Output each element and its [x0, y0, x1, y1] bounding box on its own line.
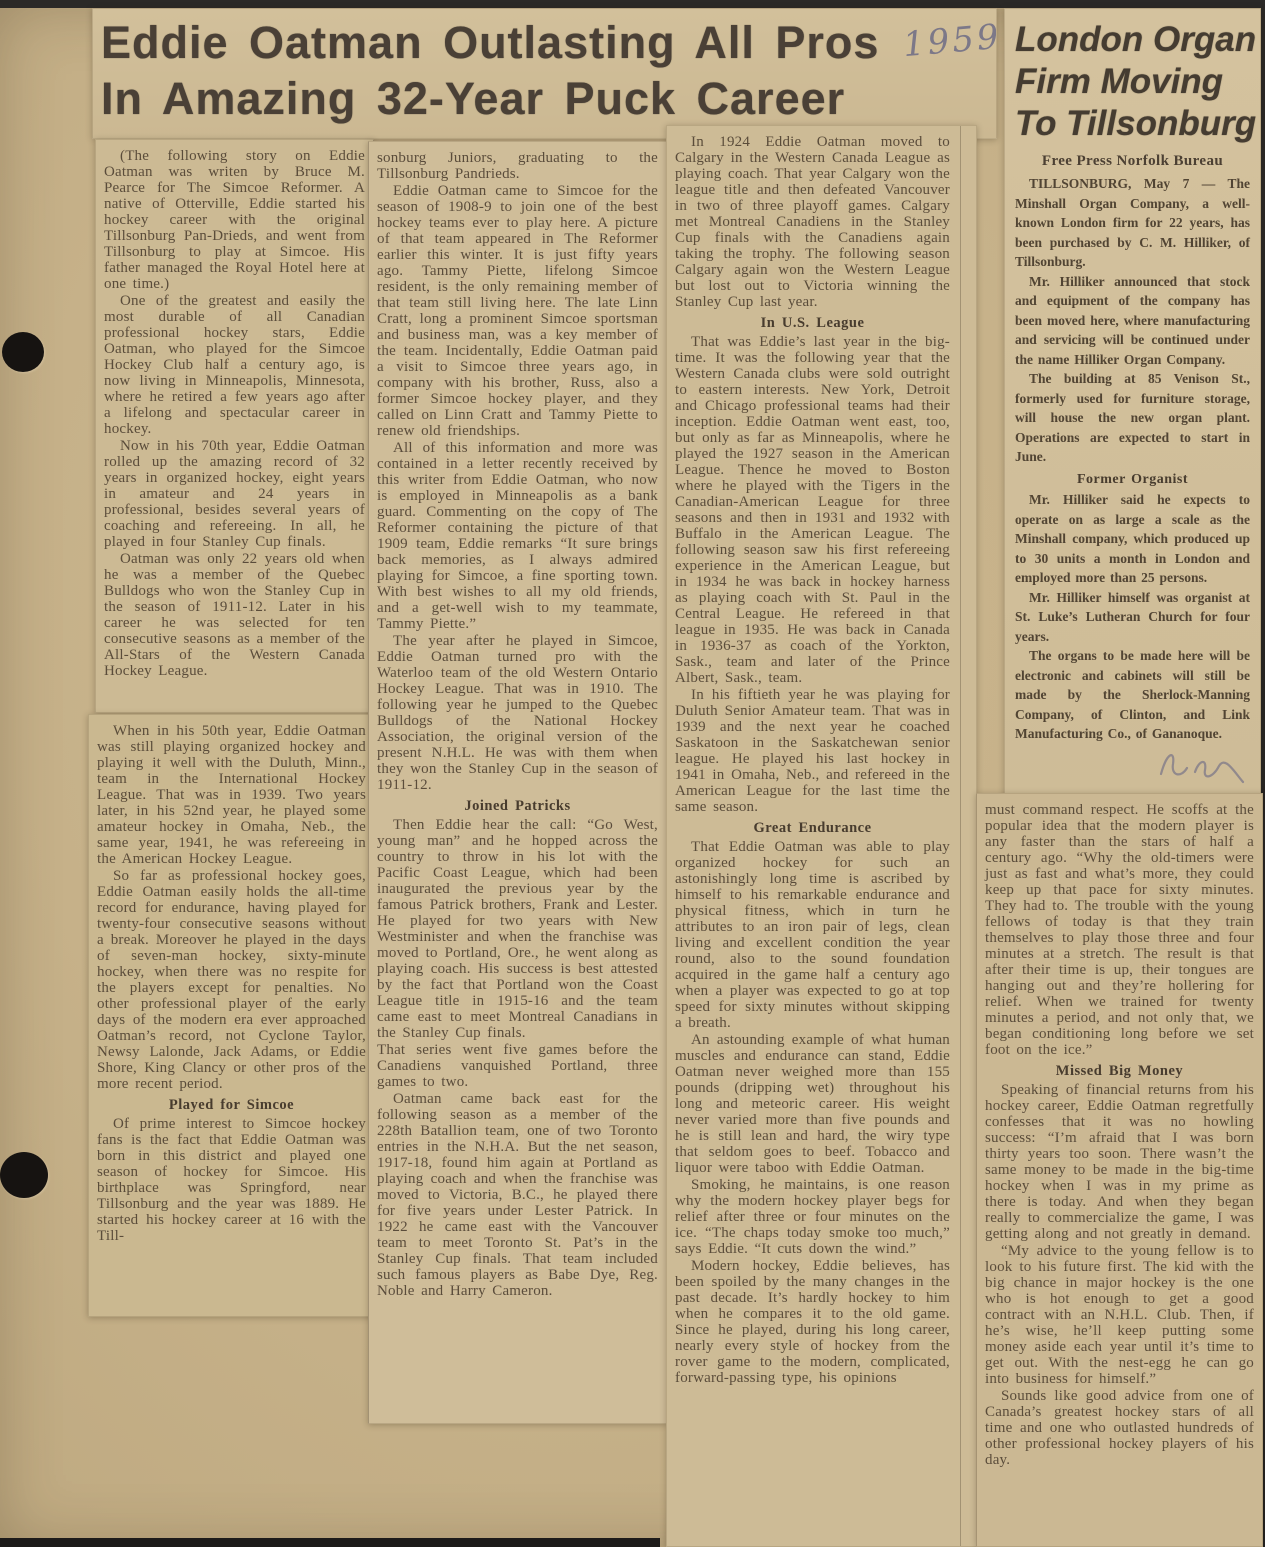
article-paragraph: The building at 85 Venison St., formerly… — [1015, 369, 1250, 467]
handwritten-scribble — [1155, 744, 1250, 789]
article-paragraph: That series went five games before the C… — [377, 1042, 658, 1090]
article-paragraph: Oatman was only 22 years old when he was… — [104, 551, 365, 679]
article-paragraph: Smoking, he maintains, is one reason why… — [675, 1177, 950, 1257]
article-paragraph: “My advice to the young fellow is to loo… — [985, 1243, 1254, 1387]
article-paragraph: That Eddie Oatman was able to play organ… — [675, 839, 950, 1031]
organ-headline-line3: To Tillsonburg — [1015, 103, 1260, 145]
article-paragraph: Oatman came back east for the following … — [377, 1091, 658, 1299]
organ-byline: Free Press Norfolk Bureau — [1005, 153, 1260, 170]
article-paragraph: One of the greatest and easily the most … — [104, 293, 365, 437]
article-column-2: sonburg Juniors, graduating to the Tills… — [368, 141, 667, 1424]
article-paragraph: Mr. Hilliker said he expects to operate … — [1015, 490, 1250, 588]
article-column-3: In 1924 Eddie Oatman moved to Calgary in… — [666, 125, 977, 1547]
page-bottom-edge — [0, 1538, 660, 1547]
main-headline-line2: In Amazing 32-Year Puck Career — [101, 71, 996, 127]
article-paragraph: In 1924 Eddie Oatman moved to Calgary in… — [675, 134, 950, 310]
organ-headline: London Organ Firm Moving To Tillsonburg — [1005, 9, 1260, 149]
section-subhead: Missed Big Money — [985, 1063, 1254, 1079]
organ-headline-line2: Firm Moving — [1015, 61, 1260, 103]
section-subhead: Great Endurance — [675, 820, 950, 836]
scrapbook-photo: Eddie Oatman Outlasting All Pros In Amaz… — [0, 0, 1265, 1547]
organ-article-clipping: London Organ Firm Moving To Tillsonburg … — [1004, 8, 1261, 811]
scrapbook-page: Eddie Oatman Outlasting All Pros In Amaz… — [0, 8, 1258, 1547]
organ-headline-line1: London Organ — [1015, 19, 1260, 61]
article-paragraph: TILLSONBURG, May 7 — The Minshall Organ … — [1015, 174, 1250, 272]
article-column-1-top: (The following story on Eddie Oatman was… — [95, 139, 374, 713]
organ-article-body: TILLSONBURG, May 7 — The Minshall Organ … — [1005, 174, 1260, 744]
article-paragraph: must command respect. He scoffs at the p… — [985, 802, 1254, 1058]
article-paragraph: sonburg Juniors, graduating to the Tills… — [377, 150, 658, 182]
section-subhead: Former Organist — [1015, 470, 1250, 490]
article-paragraph: In his fiftieth year he was playing for … — [675, 687, 950, 815]
binder-hole-bottom — [0, 1152, 48, 1198]
article-paragraph: Then Eddie hear the call: “Go West, youn… — [377, 817, 658, 1041]
article-paragraph: Of prime interest to Simcoe hockey fans … — [97, 1116, 366, 1244]
main-headline-clipping: Eddie Oatman Outlasting All Pros In Amaz… — [92, 8, 997, 139]
section-subhead: Played for Simcoe — [97, 1097, 366, 1113]
article-paragraph: Mr. Hilliker announced that stock and eq… — [1015, 272, 1250, 370]
article-paragraph: Modern hockey, Eddie believes, has been … — [675, 1258, 950, 1386]
article-paragraph: All of this information and more was con… — [377, 440, 658, 632]
article-paragraph: Now in his 70th year, Eddie Oatman rolle… — [104, 438, 365, 550]
article-paragraph: Speaking of financial returns from his h… — [985, 1082, 1254, 1242]
article-paragraph: Mr. Hilliker himself was organist at St.… — [1015, 588, 1250, 647]
article-paragraph: (The following story on Eddie Oatman was… — [104, 148, 365, 292]
article-paragraph: Eddie Oatman came to Simcoe for the seas… — [377, 183, 658, 439]
article-paragraph: The year after he played in Simcoe, Eddi… — [377, 633, 658, 793]
section-subhead: Joined Patricks — [377, 798, 658, 814]
article-paragraph: An astounding example of what human musc… — [675, 1032, 950, 1176]
article-paragraph: When in his 50th year, Eddie Oatman was … — [97, 723, 366, 867]
article-column-4: must command respect. He scoffs at the p… — [976, 793, 1263, 1547]
binder-hole-top — [2, 332, 44, 372]
article-column-1-bottom: When in his 50th year, Eddie Oatman was … — [88, 714, 375, 1317]
section-subhead: In U.S. League — [675, 315, 950, 331]
main-headline: Eddie Oatman Outlasting All Pros In Amaz… — [93, 9, 996, 127]
handwritten-year-annotation: 1959 — [901, 17, 997, 65]
article-paragraph: Sounds like good advice from one of Cana… — [985, 1388, 1254, 1468]
article-paragraph: So far as professional hockey goes, Eddi… — [97, 868, 366, 1092]
article-paragraph: That was Eddie’s last year in the big-ti… — [675, 334, 950, 686]
main-headline-line1: Eddie Oatman Outlasting All Pros — [101, 15, 996, 71]
article-paragraph: The organs to be made here will be elect… — [1015, 646, 1250, 744]
